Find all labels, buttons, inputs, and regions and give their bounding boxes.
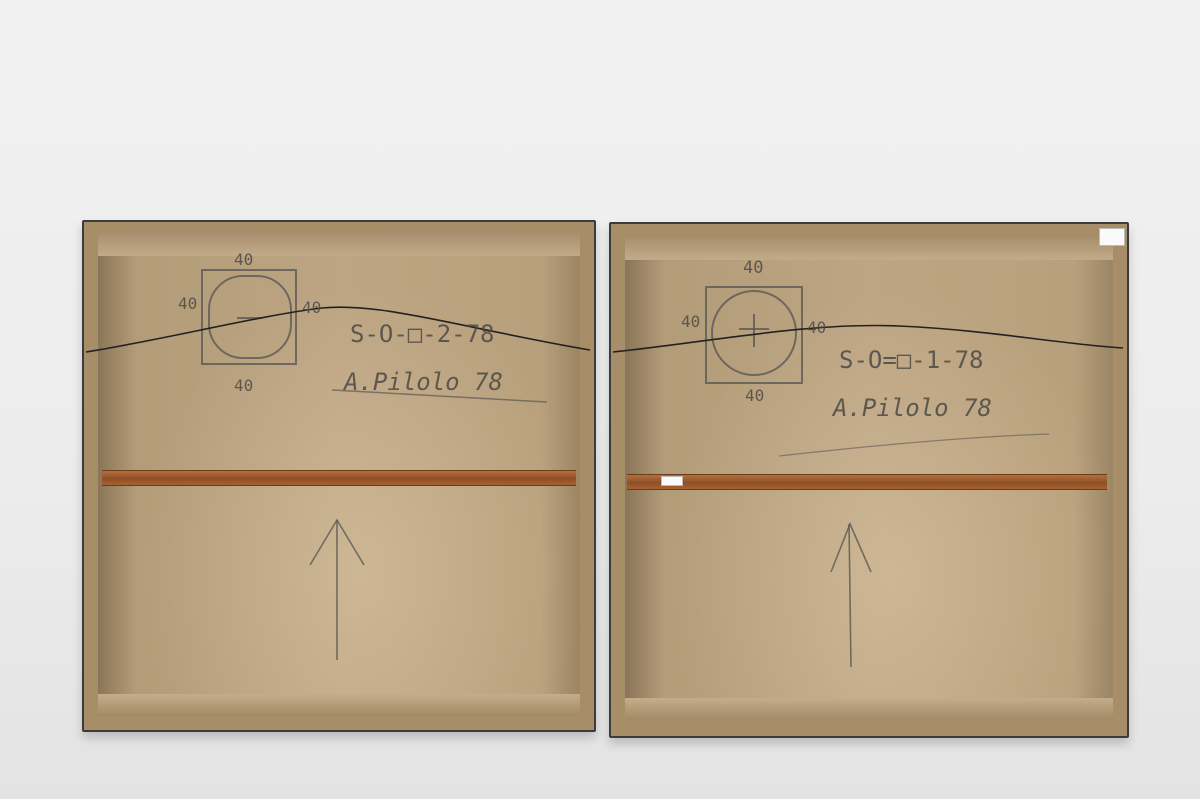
right-canvas-back: 40 40 40 40 S-O=□-1-78 A.Pilolo 78 [609,222,1129,738]
dim-right: 40 [302,298,321,317]
right-pencil-drawings [609,222,1129,738]
dim-top: 40 [234,250,253,269]
left-canvas-back: 40 40 40 40 S-O-□-2-78 A.Pilolo 78 [82,220,596,732]
dim-left: 40 [681,312,700,331]
title-inscription: S-O-□-2-78 [350,320,495,348]
dim-right: 40 [807,318,826,337]
title-inscription: S-O=□-1-78 [839,346,984,374]
artist-signature: A.Pilolo 78 [344,368,503,396]
dim-bottom: 40 [234,376,253,395]
dim-top: 40 [743,258,763,278]
left-pencil-drawings [82,220,596,732]
dim-left: 40 [178,294,197,313]
dim-bottom: 40 [745,386,764,405]
artist-signature: A.Pilolo 78 [833,394,992,422]
